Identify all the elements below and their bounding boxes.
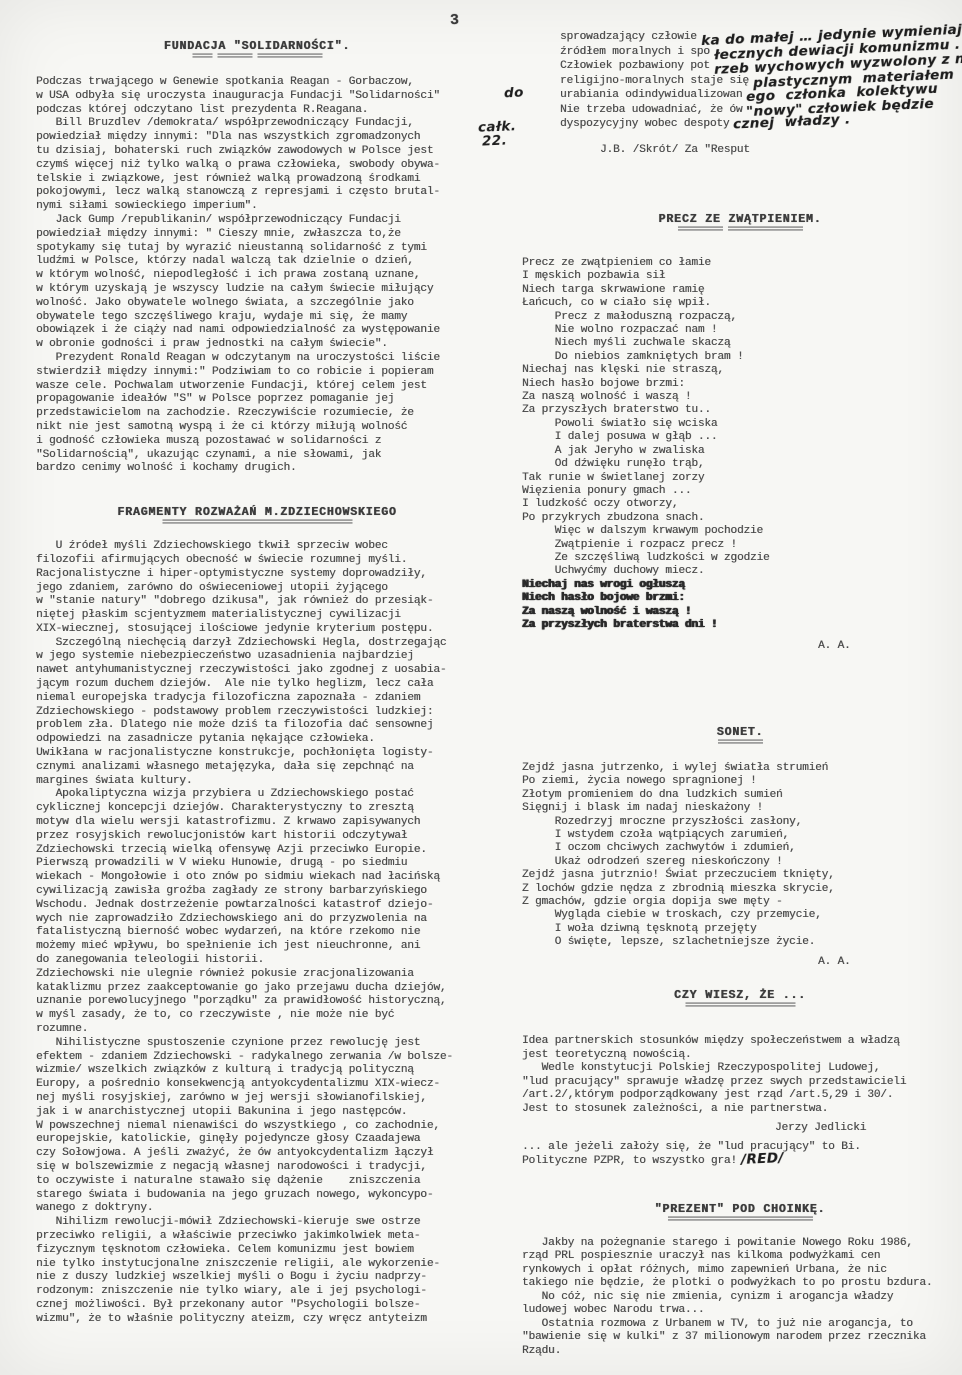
text-line: O święte, lepsze, szlachetniejsze życie. — [522, 936, 958, 949]
text-line: propagowanie ideałów "S" w Polsce poprze… — [36, 393, 478, 407]
text-line: No cóż, nic się nie zmienia, cynizm i ar… — [522, 1291, 958, 1305]
text-line: obywatele tego szczęśliwego kraju, wydaj… — [36, 311, 478, 325]
annotated-line: dyspozycyjny wobec despotycznej władzy . — [560, 117, 958, 132]
section-heading: PRECZ ZE ZWĄTPIENIEM.========= =========… — [522, 213, 958, 235]
text-line: pokojowymi, lecz walką stanowczą z repre… — [36, 186, 478, 200]
text-line: Zdziechowski nie ulegnie również pokusie… — [36, 968, 478, 982]
text-line: rząd PRL pospiesznie uraczył nas kilkoma… — [522, 1250, 958, 1264]
text-line: ludźmi w Polsce, którzy nadal walczą tak… — [36, 255, 478, 269]
text-line: Sięgnij i blask im nadaj nieskażony ! — [522, 802, 958, 815]
text-line: Szczególną niechęcią darzył Zdziechowski… — [36, 637, 478, 651]
text-line: powiedział między innymi: " Cieszy mnie,… — [36, 228, 478, 242]
text-line: do zanegowania teleologii historii. — [36, 954, 478, 968]
right-column: sprowadzający człowieka do małej … jedyn… — [522, 28, 958, 1358]
text-line: Racjonalistyczne i hiper-optymistyczne s… — [36, 568, 478, 582]
text-line: czymś więcej niż tylko walką o prawa czł… — [36, 159, 478, 173]
heading-rule: ====================== — [522, 1002, 958, 1011]
heading-rule: ====================================== — [36, 519, 478, 528]
text-line: I woła dziwną tęsknotą przejęty — [522, 923, 958, 936]
text-line: tu dzisiaj, bohaterski ruch związków zaw… — [36, 145, 478, 159]
text-line: I męskich pozbawia sił — [522, 270, 958, 283]
text-line: wolność. Jako obywatele wolnego świata, … — [36, 297, 478, 311]
text-line: Nihilizm rewolucji-mówił Zdziechowski-ki… — [36, 1216, 478, 1230]
text-line: I dalej posuwa w głąb ... — [522, 431, 958, 444]
signature: A. A. — [522, 640, 958, 654]
text-line: niętej płaskim scjentyzmem materialistyc… — [36, 609, 478, 623]
text-line: Więc w dalszym krwawym pochodzie — [522, 525, 958, 538]
text-line: XIX-wiecznej, stosującej ilościowe jedyn… — [36, 623, 478, 637]
section-heading: SONET.========= — [522, 726, 958, 748]
poem: Precz ze zwątpieniem co łamieI męskich p… — [522, 257, 958, 632]
text-line: wych nie zaprowadziło Zdziechowskiego an… — [36, 913, 478, 927]
text-line: Niech targa skrwawione ramię — [522, 284, 958, 297]
heading-rule: ========= =============== — [522, 226, 958, 235]
text-line: Więzienia ponury gmach ... — [522, 485, 958, 498]
text-line: Rozedrzyj mroczne przyszłości zasłony, — [522, 816, 958, 829]
text-line: rodzonym: zniszczenie nie tylko wiary, a… — [36, 1285, 478, 1299]
heading-title: FRAGMENTY ROZWAŻAŃ M.ZDZIECHOWSKIEGO — [36, 506, 478, 519]
text-line: czy Sołowjowa. A jeśli zważyć, że ów ant… — [36, 1147, 478, 1161]
text-line: Od dźwięku runęło trąb, — [522, 458, 958, 471]
text-line: nej myśli rosyjskiej, zarówno w jej wers… — [36, 1092, 478, 1106]
text-line: Po przykrych zbudzona snach. — [522, 512, 958, 525]
text-line: Do niebios zamkniętych bram ! — [522, 351, 958, 364]
text-line: powiedział między innymi: "Dla nas wszys… — [36, 131, 478, 145]
text-line: Za przyszłych braterstwa dni ! — [522, 619, 958, 632]
text-line: Niech myśli zuchwale skaczą — [522, 337, 958, 350]
text-line: przedstawicielom na zachodzie. Rzeczywiś… — [36, 407, 478, 421]
text-line: odpowiedzi na zasadnicze pytania nękając… — [36, 733, 478, 747]
signature: A. A. — [522, 956, 958, 970]
heading-rule: ========= — [522, 739, 958, 748]
text-line: cyklicznej koncepcji dziejów. Charaktery… — [36, 802, 478, 816]
typed-text: ... ale jeżeli założy się, że "lud pracu… — [522, 1141, 861, 1153]
heading-rule: ==== ======= ============= — [36, 53, 478, 62]
text-line: uznanie porewolucyjnego "porządku" za pr… — [36, 995, 478, 1009]
text-line: Za przyszłych braterstwo tu.. — [522, 404, 958, 417]
text-line: Niech hasło bojowe brzmi: — [522, 378, 958, 391]
text-line: Europy, a pośrednio konsekwencją antyokc… — [36, 1078, 478, 1092]
annotated-block: sprowadzający człowieka do małej … jedyn… — [522, 30, 958, 132]
text-line: wanego z doktryny. — [36, 1202, 478, 1216]
text-line: nie z duszy ludzkiej wszelkiej myśli o B… — [36, 1271, 478, 1285]
section-heading: FRAGMENTY ROZWAŻAŃ M.ZDZIECHOWSKIEGO====… — [36, 506, 478, 528]
text-line: Prezydent Ronald Reagan w odczytanym na … — [36, 352, 478, 366]
text-line: efektem - zdaniem Zdziechowski - radykal… — [36, 1051, 478, 1065]
margin-note-handwriting: całk. — [478, 121, 517, 133]
margin-note-handwriting: do — [504, 88, 524, 99]
text-line: I oczom chciwych zachwytów i zdumień, — [522, 842, 958, 855]
text-line: Zdziechowskiego - podstawowy problem rze… — [36, 706, 478, 720]
text-line: Zejdź jasna jutrzenko, i wylej światła s… — [522, 762, 958, 775]
text-line: margines świata kultury. — [36, 775, 478, 789]
text-line: Po ziemi, życia nowego spragnionej ! — [522, 775, 958, 788]
text-line: to oczywiste i naturalne stawało się dąż… — [36, 1175, 478, 1189]
text-line: Podczas trwającego w Genewie spotkania R… — [36, 76, 478, 90]
text-line: /art.2/,którym podporządkowany jest rząd… — [522, 1089, 958, 1103]
text-line: stwierdził między innymi:" Podziwiam to … — [36, 366, 478, 380]
text-line: problem zła. Dlatego nie może dziś ta fi… — [36, 719, 478, 733]
text-line: jest teoretyczną nowością. — [522, 1049, 958, 1063]
scanned-document-page: 3 FUNDACJA "SOLIDARNOŚCI".==== ======= =… — [0, 0, 962, 1375]
text-line: Ostatnia rozmowa z Urbanem w TV, to już … — [522, 1318, 958, 1332]
text-line: Zwątpienie i rozpacz precz ! — [522, 539, 958, 552]
heading-title: SONET. — [522, 726, 958, 739]
text-line: Pierwszą prowadzili w V wieku Hunowie, d… — [36, 857, 478, 871]
text-line: Nihilistyczne spustoszenie czynione prze… — [36, 1037, 478, 1051]
typed-text: dyspozycyjny wobec despoty — [560, 118, 729, 130]
text-line: możemy mieć wpływu, bo spełnienie ich je… — [36, 940, 478, 954]
text-line: jak i w anarchistycznej utopii Bakunina … — [36, 1106, 478, 1120]
text-line: I wstydem czoła wątpiących zarumień, — [522, 829, 958, 842]
typed-text: sprowadzający człowie — [560, 31, 697, 43]
text-line: nawet antyhumanistycznej rzeczywistości … — [36, 664, 478, 678]
text-line: Ukaż odrodzeń szereg nieskończony ! — [522, 856, 958, 869]
text-line: "Solidarnością", ukazując czynami, a nie… — [36, 449, 478, 463]
text-line: cznymi analizami własnego metajęzyka, da… — [36, 761, 478, 775]
text-line: I ludzkość oczy otworzy, — [522, 498, 958, 511]
text-line: w którym wolność, niepodległość i ich pr… — [36, 269, 478, 283]
text-line: w USA odbyła się uroczysta inauguracja F… — [36, 90, 478, 104]
text-line: wizmie/ wszelkich związków z kulturą i t… — [36, 1064, 478, 1078]
text-line: starego świata i budowania na jego gruza… — [36, 1189, 478, 1203]
handwritten-text: /RED/ — [741, 1153, 784, 1165]
text-line: Idea partnerskich stosunków między społe… — [522, 1035, 958, 1049]
section-heading: FUNDACJA "SOLIDARNOŚCI".==== ======= ===… — [36, 40, 478, 62]
paragraph: Podczas trwającego w Genewie spotkania R… — [36, 76, 478, 476]
text-line: Rządu. — [522, 1345, 958, 1359]
text-line: Niechaj nas klęski nie straszą, — [522, 364, 958, 377]
text-line: Uchwyćmy duchowy miecz. — [522, 565, 958, 578]
text-line: Powoli światło się wciska — [522, 418, 958, 431]
left-column: FUNDACJA "SOLIDARNOŚCI".==== ======= ===… — [36, 36, 478, 1327]
text-line: Łańcuch, co w ciało się wpił. — [522, 297, 958, 310]
heading-title: PRECZ ZE ZWĄTPIENIEM. — [522, 213, 958, 226]
text-line: obowiązek i że ciąży nad nami odpowiedzi… — [36, 324, 478, 338]
typed-text: Człowiek pozbawiony pot — [560, 60, 710, 72]
text-line: Wschodu. Jednak dostrzeżenie powtarzalno… — [36, 899, 478, 913]
section-heading: "PREZENT" POD CHOINKĘ.==================… — [522, 1203, 958, 1225]
page-number: 3 — [450, 12, 460, 29]
text-line: jego zdaniem, zarówno do oświeceniowej u… — [36, 582, 478, 596]
text-line: "lud pracujący" sprawuje władzę przez sw… — [522, 1076, 958, 1090]
text-line: niemal europejska tradycja filozoficzna … — [36, 692, 478, 706]
text-line: cznej możliwości. Był przekonany autor "… — [36, 1299, 478, 1313]
text-line: w "stanie natury" "dobrego dzikusa", jak… — [36, 595, 478, 609]
text-line: wizmu", że to właśnie polityczny ateizm,… — [36, 1313, 478, 1327]
typed-text: Polityczne PZPR, to wszystko gra! — [522, 1155, 737, 1167]
text-line: europejskie, katolickie, ginęły pojedync… — [36, 1133, 478, 1147]
text-line: wasze cele. Pochwalam utworzenie Fundacj… — [36, 380, 478, 394]
text-line: A jak Jeryho w zwaliska — [522, 445, 958, 458]
poem: Zejdź jasna jutrzenko, i wylej światła s… — [522, 762, 958, 950]
text-line: ludowej wobec Narodu trwa... — [522, 1304, 958, 1318]
text-line: Jack Gump /republikanin/ współprzewodnic… — [36, 214, 478, 228]
text-line: Jakby na pożegnanie starego i powitanie … — [522, 1237, 958, 1251]
text-line: Precz ze zwątpieniem co łamie — [522, 257, 958, 270]
paragraph: Jakby na pożegnanie starego i powitanie … — [522, 1237, 958, 1359]
text-line: nie tylko instytucjonalne zniszczenie re… — [36, 1258, 478, 1272]
text-line: spotykamy się tutaj by wyrazić nieustann… — [36, 242, 478, 256]
text-line: Jest to stosunek zależności, a nie partn… — [522, 1103, 958, 1117]
text-line: takiego nie będzie, że plotki o podwyżka… — [522, 1277, 958, 1291]
text-line: nymi siłami sowieckiego imperium". — [36, 200, 478, 214]
text-line: U źródeł myśli Zdziechowskiego tkwił spr… — [36, 540, 478, 554]
text-line: bardzo cenimy wolność i kochamy drugich. — [36, 462, 478, 476]
heading-title: CZY WIESZ, ŻE ... — [522, 989, 958, 1002]
text-line: fatalistyczną bierność wobec wydarzeń, n… — [36, 926, 478, 940]
text-line: Za naszą wolność i waszą ! — [522, 606, 958, 619]
text-line: cywilizacją zawisła groźba zagłady ze st… — [36, 885, 478, 899]
heading-rule: ============================= — [522, 1216, 958, 1225]
annotated-line: Polityczne PZPR, to wszystko gra!/RED/ — [522, 1154, 958, 1169]
text-line: Apokaliptyczna wizja przybiera u Zdziech… — [36, 788, 478, 802]
text-line: Ze szczęśliwą ludzkości w zgodzie — [522, 552, 958, 565]
section-heading: CZY WIESZ, ŻE ...====================== — [522, 989, 958, 1011]
text-line: motyw dla wielu wersji katastrofizmu. Z … — [36, 816, 478, 830]
text-line: Wygląda ciebie w troskach, czy przemycie… — [522, 909, 958, 922]
text-line: Niechaj nas wrogi ogłuszą — [522, 579, 958, 592]
typed-text: Nie trzeba udowadniać, że ów — [560, 104, 742, 116]
text-line: przez rosyjskich rewolucjonistów kart hi… — [36, 830, 478, 844]
text-line: Niech hasło bojowe brzmi: — [522, 592, 958, 605]
heading-title: "PREZENT" POD CHOINKĘ. — [522, 1203, 958, 1216]
text-line: filozofii afirmujących obecność w świeci… — [36, 554, 478, 568]
text-line: podczas której odczytano list prezydenta… — [36, 104, 478, 118]
text-line: telskie i związkowe, jest również walką … — [36, 173, 478, 187]
text-line: Z gmachów, gdzie orgia dopija swe męty - — [522, 896, 958, 909]
text-line: w jego systemie niebezpieczeństwo uzasad… — [36, 650, 478, 664]
text-line: w myśl zasady, że to, co rzeczywiste , n… — [36, 1009, 478, 1023]
text-line: Z lochów gdzie nędza z zbrodnią mieszka … — [522, 883, 958, 896]
text-line: "bawienie się w kulki" z 37 milionowym n… — [522, 1331, 958, 1345]
text-line: Precz z małoduszną rozpaczą, — [522, 311, 958, 324]
text-line: fizycznym tęsknotom człowieka. Celem kom… — [36, 1244, 478, 1258]
text-line: Za naszą wolność i waszą ! — [522, 391, 958, 404]
text-line: w którym uzyskają je wszyscy ludzie na c… — [36, 283, 478, 297]
handwritten-text: cznej władzy . — [733, 114, 851, 129]
text-line: Złotym promieniem do dna ludzkich sumień — [522, 789, 958, 802]
text-line: przeciwko religii, a właściwie przeciwko… — [36, 1230, 478, 1244]
annotated-block: ... ale jeżeli założy się, że "lud pracu… — [522, 1140, 958, 1169]
text-line: Nie wolno rozpaczać nam ! — [522, 324, 958, 337]
text-line: w obronie godności i praw jednostki na c… — [36, 338, 478, 352]
typed-text: urabiania odindywidualizowan — [560, 89, 742, 101]
signature: Jerzy Jedlicki — [522, 1122, 958, 1136]
heading-title: FUNDACJA "SOLIDARNOŚCI". — [36, 40, 478, 53]
text-line: nikt nie jest samotną wyspą i że ci któr… — [36, 421, 478, 435]
text-line: wiekach - Mongołowie i oto znów po sidmi… — [36, 871, 478, 885]
text-line: się w bolszewizmie z negacją własnej nar… — [36, 1161, 478, 1175]
text-line: W powszechnej niemal nienawiści do wszys… — [36, 1120, 478, 1134]
text-line: Zdziechowski trzecią wielką ofensywę Azj… — [36, 844, 478, 858]
typed-text: źródłem moralnych i spo — [560, 46, 710, 58]
paragraph: U źródeł myśli Zdziechowskiego tkwił spr… — [36, 540, 478, 1326]
text-line: Zejdź jasna jutrznio! Świat przeczuciem … — [522, 869, 958, 882]
text-line: Wedle konstytucji Polskiej Rzeczypospoli… — [522, 1062, 958, 1076]
text-line: Bill Bruzdlev /demokrata/ współprzewodni… — [36, 117, 478, 131]
text-line: rynkowych i opłat różnych, mimo zapewnie… — [522, 1264, 958, 1278]
paragraph: Idea partnerskich stosunków między społe… — [522, 1035, 958, 1116]
margin-note-handwriting: 22. — [482, 135, 508, 146]
text-line: Uwikłana w racjonalistyczne konstrukcje,… — [36, 747, 478, 761]
text-line: rozumne. — [36, 1023, 478, 1037]
text-line: Tak runie w świetlanej zorzy — [522, 472, 958, 485]
text-line: jącym rozum duchem dziejów. Ale nie tylk… — [36, 678, 478, 692]
text-line: i godność człowieka muszą pozostawać w s… — [36, 435, 478, 449]
text-line: kataklizmu przez zaakceptowanie go jako … — [36, 982, 478, 996]
byline: J.B. /Skrót/ Za "Resput — [522, 144, 958, 158]
